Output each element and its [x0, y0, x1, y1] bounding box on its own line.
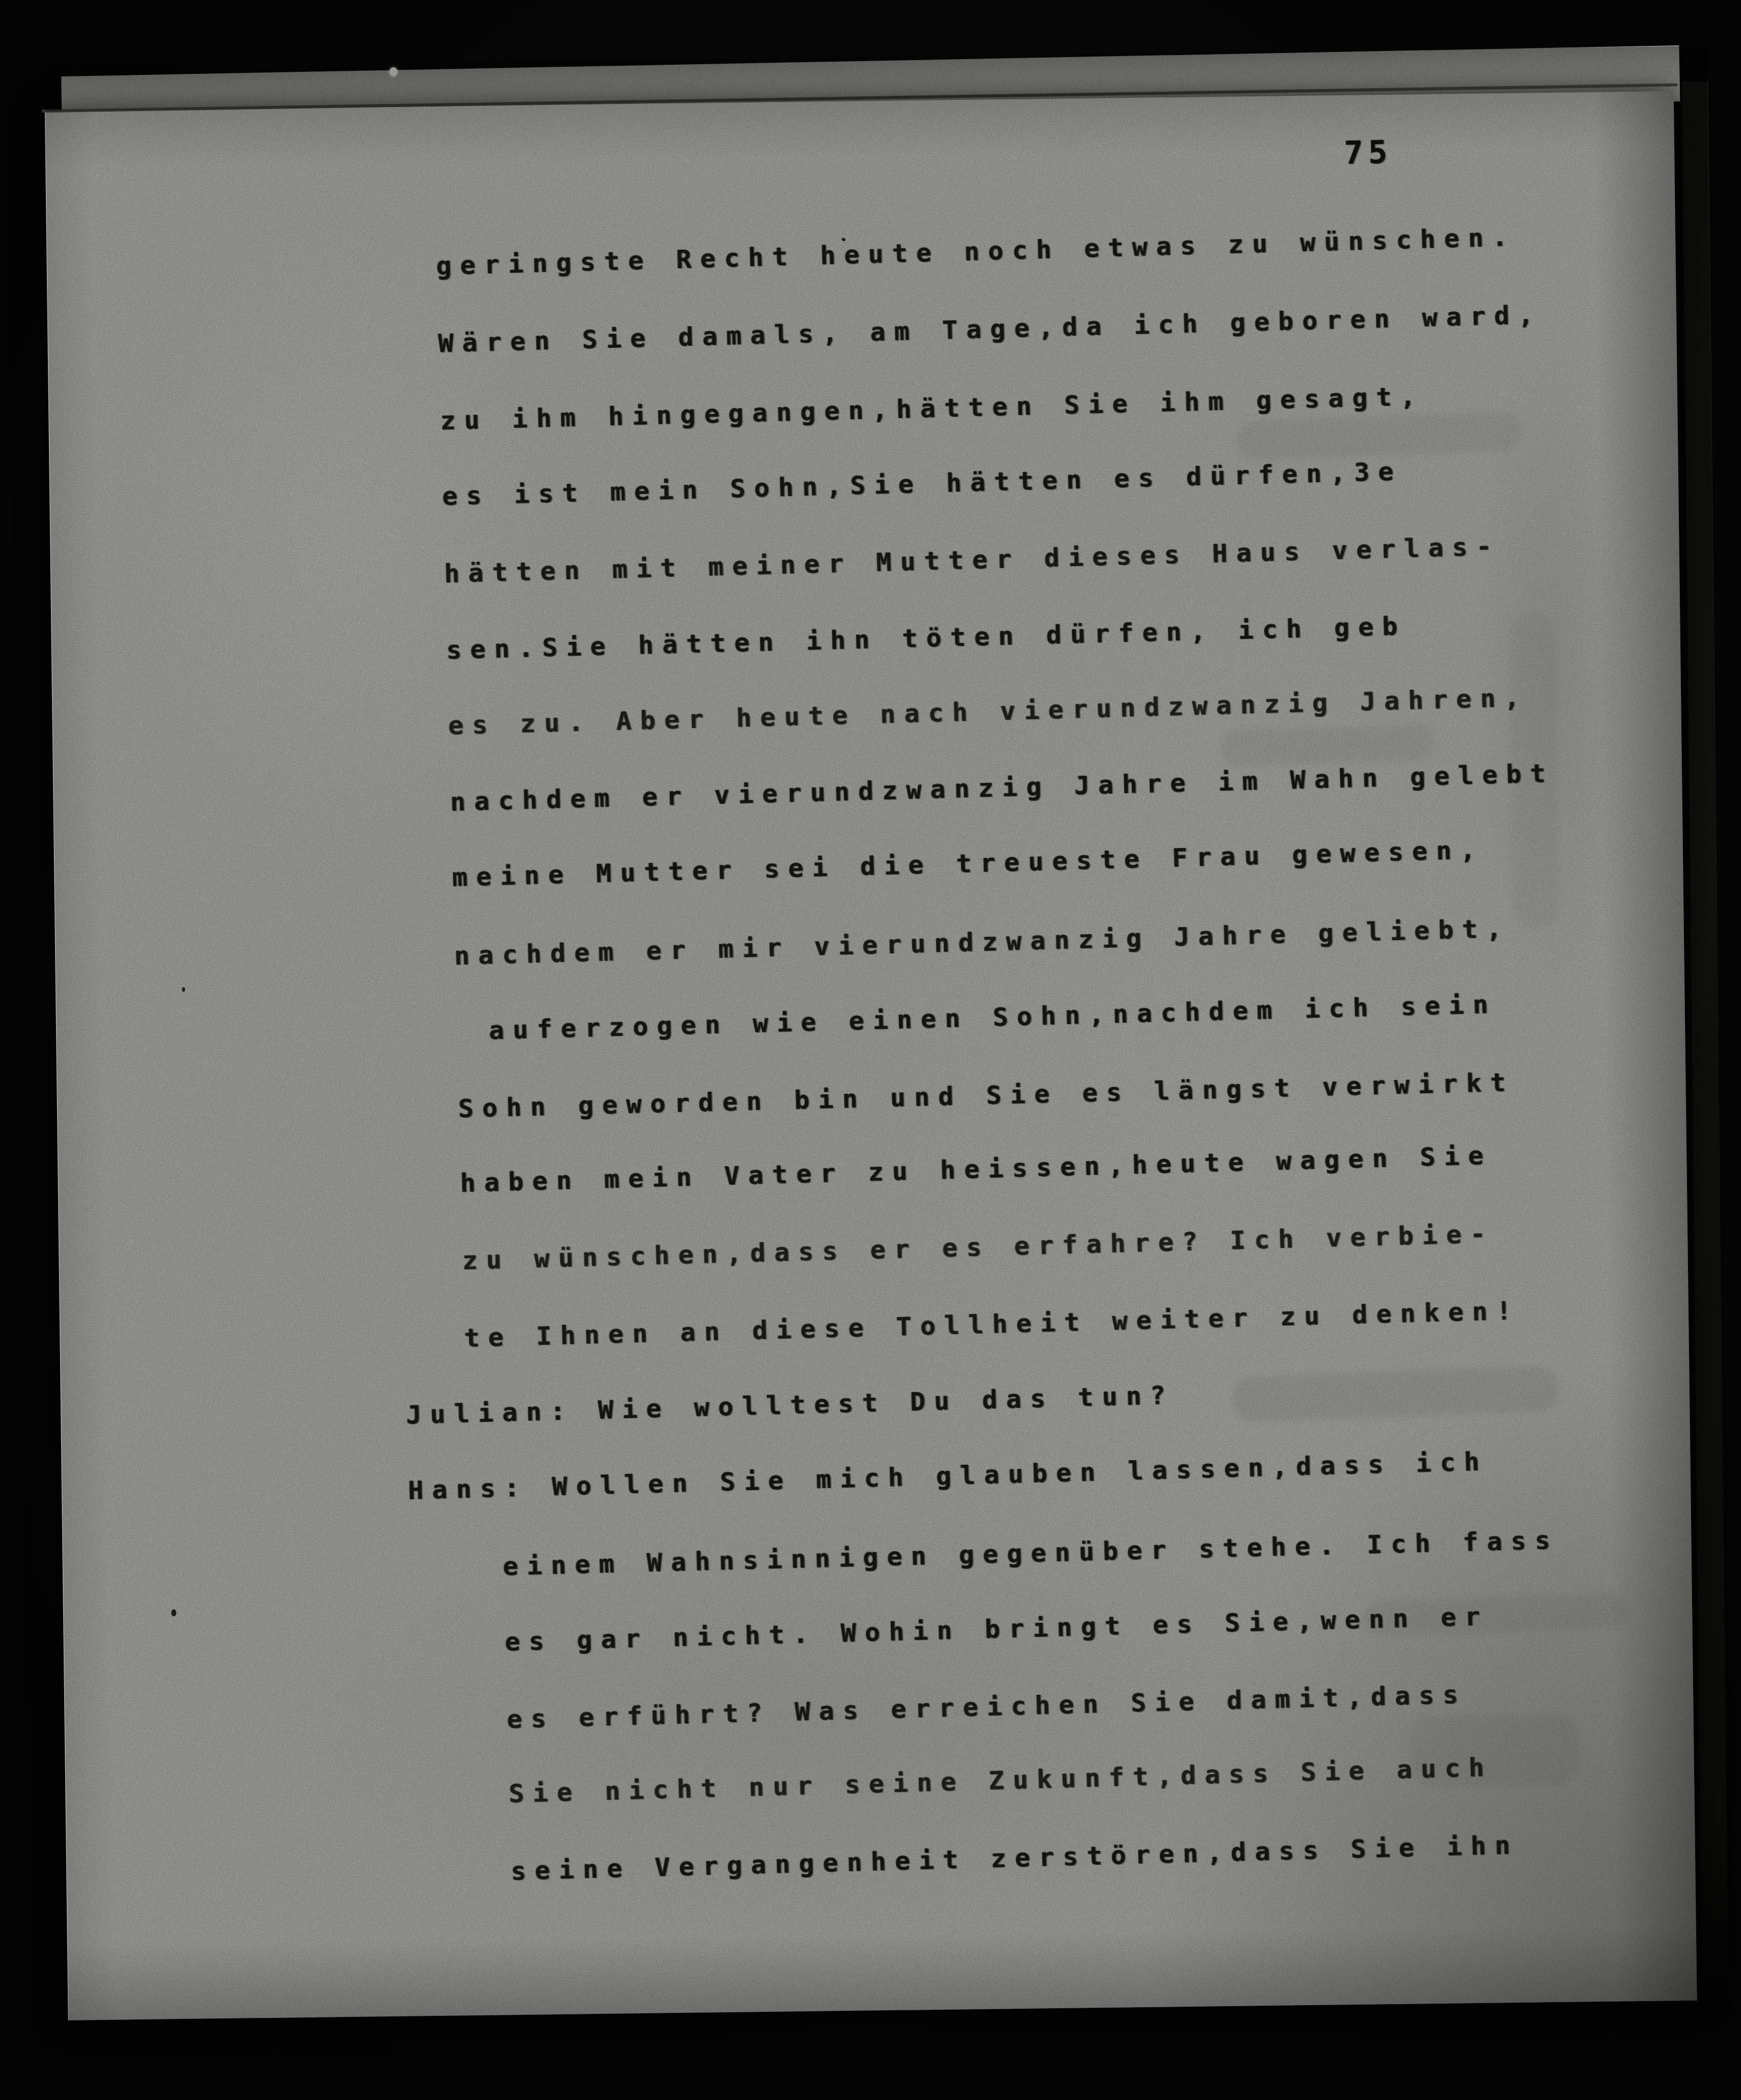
scanned-typescript-photo: { "page": { "number": "75", "lines": [ {…	[0, 0, 1741, 2100]
bleed-through-smudge	[1410, 1713, 1579, 1787]
typescript-text-block: geringste Recht heute noch etwas zu wüns…	[375, 197, 1703, 1912]
punch-hole	[389, 67, 398, 76]
bleed-through-smudge	[1219, 724, 1434, 767]
ink-speck	[171, 1609, 176, 1616]
manuscript-page: 75 geringste Recht heute noch etwas zu w…	[45, 91, 1697, 2020]
ink-speck	[182, 987, 185, 992]
page-number: 75	[1343, 133, 1392, 171]
bleed-through-smudge	[1509, 613, 1559, 929]
